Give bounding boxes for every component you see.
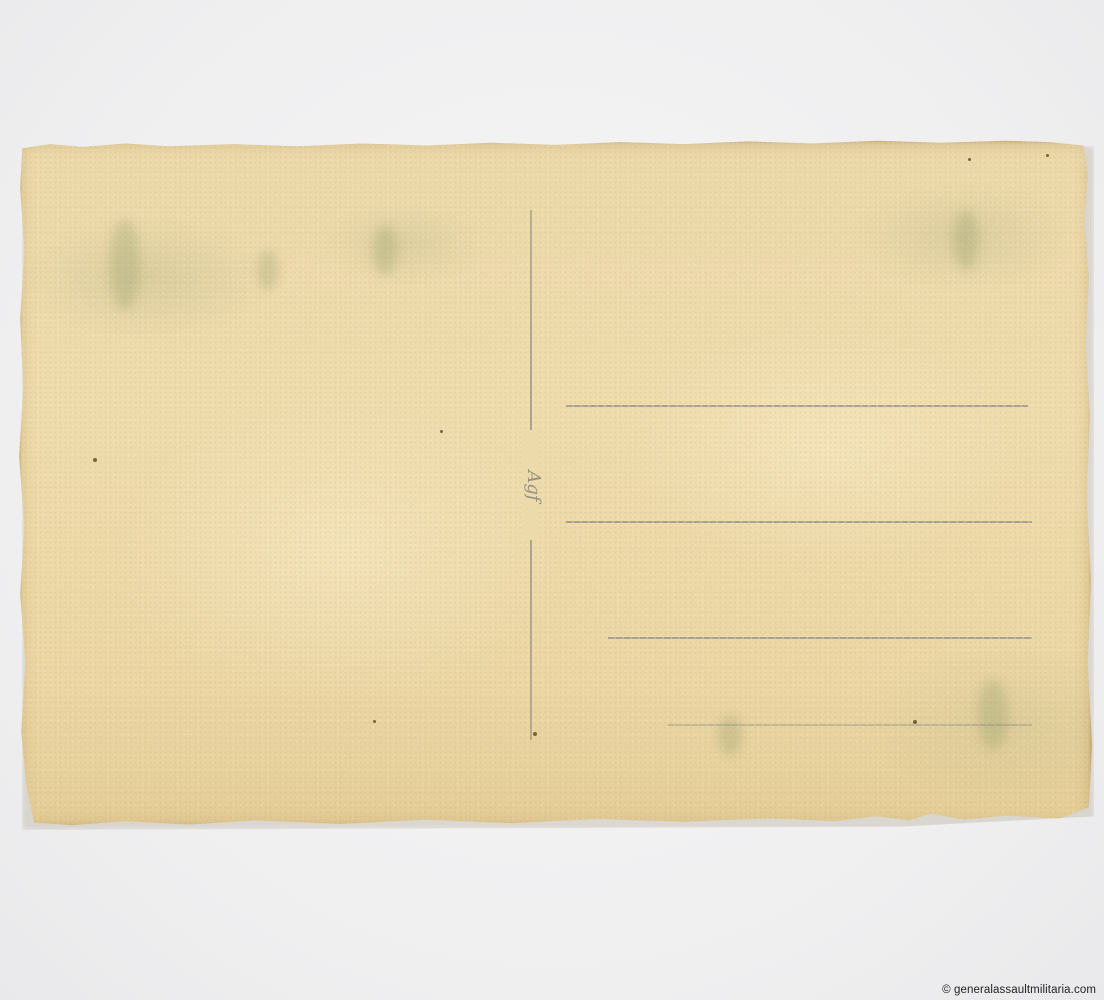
watermark-text: © generalassaultmilitaria.com [942,984,1096,996]
postcard-edge [18,140,1092,828]
postcard-back: Agf [18,140,1092,828]
